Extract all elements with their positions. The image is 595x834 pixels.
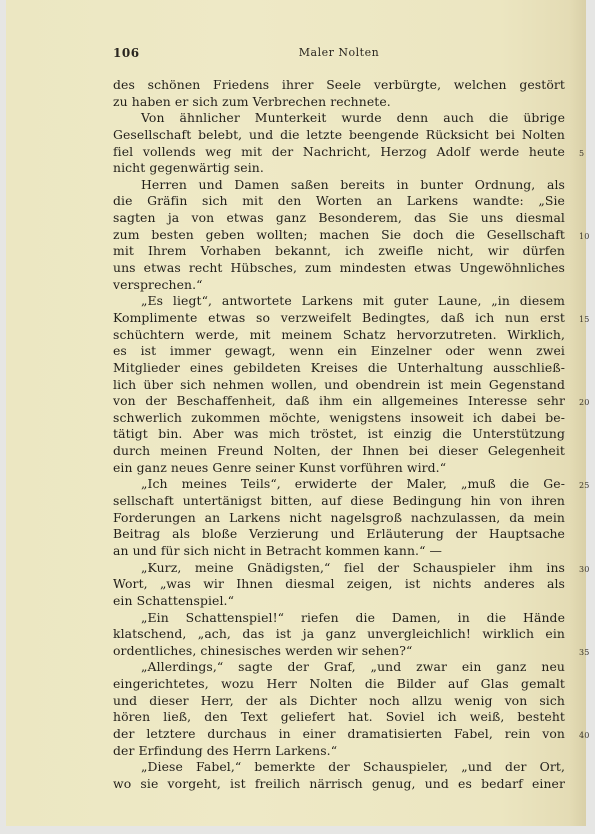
body-text: des schönen Friedens ihrer Seele verbürg…	[113, 77, 565, 793]
line-text: Herren und Damen saßen bereits in bunter…	[141, 177, 565, 194]
text-line: „Es liegt“, antwortete Larkens mit guter…	[113, 293, 565, 310]
line-text: tätigt bin. Aber was mich tröstet, ist e…	[113, 426, 565, 443]
line-text: ordentliches, chinesisches werden wir se…	[113, 643, 565, 660]
text-line: uns etwas recht Hübsches, zum mindesten …	[113, 260, 565, 277]
line-text: zum besten geben wollten; machen Sie doc…	[113, 227, 565, 244]
line-text: es ist immer gewagt, wenn ein Einzelner …	[113, 343, 565, 360]
text-line: „Kurz, meine Gnädigsten,“ fiel der Schau…	[113, 560, 565, 577]
book-page: 106 Maler Nolten des schönen Friedens ih…	[6, 0, 586, 826]
line-number: 20	[579, 395, 593, 412]
line-text: „Ich meines Teils“, erwiderte der Maler,…	[141, 476, 565, 493]
line-text: Gesellschaft belebt, und die letzte been…	[113, 127, 565, 144]
text-line: ein ganz neues Genre seiner Kunst vorfüh…	[113, 460, 565, 477]
line-number: 5	[579, 146, 593, 163]
text-line: zu haben er sich zum Verbrechen rechnete…	[113, 94, 565, 111]
text-line: die Gräfin sich mit den Worten an Larken…	[113, 193, 565, 210]
line-text: „Ein Schattenspiel!“ riefen die Damen, i…	[141, 610, 565, 627]
text-line: Von ähnlicher Munterkeit wurde denn auch…	[113, 110, 565, 127]
text-line: „Diese Fabel,“ bemerkte der Schauspieler…	[113, 759, 565, 776]
line-text: eingerichtetes, wozu Herr Nolten die Bil…	[113, 676, 565, 693]
line-text: „Diese Fabel,“ bemerkte der Schauspieler…	[141, 759, 565, 776]
text-line: des schönen Friedens ihrer Seele verbürg…	[113, 77, 565, 94]
line-text: „Kurz, meine Gnädigsten,“ fiel der Schau…	[141, 560, 565, 577]
text-line: Wort, „was wir Ihnen diesmal zeigen, ist…	[113, 576, 565, 593]
line-text: und dieser Herr, der als Dichter noch al…	[113, 693, 565, 710]
line-text: ein ganz neues Genre seiner Kunst vorfüh…	[113, 460, 565, 477]
text-line: Gesellschaft belebt, und die letzte been…	[113, 127, 565, 144]
line-text: von der Beschaffenheit, daß ihm ein allg…	[113, 393, 565, 410]
line-text: der Erfindung des Herrn Larkens.“	[113, 743, 565, 760]
line-text: der letztere durchaus in einer dramatisi…	[113, 726, 565, 743]
text-line: Forderungen an Larkens nicht nagelsgroß …	[113, 510, 565, 527]
line-text: Wort, „was wir Ihnen diesmal zeigen, ist…	[113, 576, 565, 593]
line-text: die Gräfin sich mit den Worten an Larken…	[113, 193, 565, 210]
line-number: 10	[579, 229, 593, 246]
line-text: Komplimente etwas so verzweifelt Bedingt…	[113, 310, 565, 327]
text-line: klatschend, „ach, das ist ja ganz unverg…	[113, 626, 565, 643]
line-number: 30	[579, 562, 593, 579]
line-number: 25	[579, 478, 593, 495]
line-text: sellschaft untertänigst bitten, auf dies…	[113, 493, 565, 510]
text-line: sagten ja von etwas ganz Besonderem, das…	[113, 210, 565, 227]
text-line: schwerlich zukommen möchte, wenigstens i…	[113, 410, 565, 427]
line-number: 15	[579, 312, 593, 329]
line-text: „Es liegt“, antwortete Larkens mit guter…	[141, 293, 565, 310]
text-line: und dieser Herr, der als Dichter noch al…	[113, 693, 565, 710]
text-line: von der Beschaffenheit, daß ihm ein allg…	[113, 393, 565, 410]
line-text: lich über sich nehmen wollen, und obendr…	[113, 377, 565, 394]
line-text: Forderungen an Larkens nicht nagelsgroß …	[113, 510, 565, 527]
text-line: zum besten geben wollten; machen Sie doc…	[113, 227, 565, 244]
text-line: ein Schattenspiel.“	[113, 593, 565, 610]
text-line: schüchtern werde, mit meinem Schatz herv…	[113, 327, 565, 344]
text-line: mit Ihrem Vorhaben bekannt, ich zweifle …	[113, 243, 565, 260]
line-text: schwerlich zukommen möchte, wenigstens i…	[113, 410, 565, 427]
line-text: an und für sich nicht in Betracht kommen…	[113, 543, 565, 560]
line-text: Beitrag als bloße Verzierung und Erläute…	[113, 526, 565, 543]
line-number: 40	[579, 728, 593, 745]
line-text: zu haben er sich zum Verbrechen rechnete…	[113, 94, 565, 111]
text-line: nicht gegenwärtig sein.	[113, 160, 565, 177]
line-text: versprechen.“	[113, 277, 565, 294]
text-line: Herren und Damen saßen bereits in bunter…	[113, 177, 565, 194]
text-line: fiel vollends weg mit der Nachricht, Her…	[113, 144, 565, 161]
text-line: an und für sich nicht in Betracht kommen…	[113, 543, 565, 560]
text-line: der letztere durchaus in einer dramatisi…	[113, 726, 565, 743]
line-text: Von ähnlicher Munterkeit wurde denn auch…	[141, 110, 565, 127]
text-line: „Ich meines Teils“, erwiderte der Maler,…	[113, 476, 565, 493]
text-line: ordentliches, chinesisches werden wir se…	[113, 643, 565, 660]
page-header: 106 Maler Nolten	[113, 46, 565, 64]
text-line: „Allerdings,“ sagte der Graf, „und zwar …	[113, 659, 565, 676]
text-line: hören ließ, den Text geliefert hat. Sovi…	[113, 709, 565, 726]
text-line: wo sie vorgeht, ist freilich närrisch ge…	[113, 776, 565, 793]
line-number: 35	[579, 645, 593, 662]
text-line: durch meinen Freund Nolten, der Ihnen be…	[113, 443, 565, 460]
line-text: schüchtern werde, mit meinem Schatz herv…	[113, 327, 565, 344]
line-text: mit Ihrem Vorhaben bekannt, ich zweifle …	[113, 243, 565, 260]
running-head: Maler Nolten	[113, 46, 565, 59]
line-text: des schönen Friedens ihrer Seele verbürg…	[113, 77, 565, 94]
text-line: lich über sich nehmen wollen, und obendr…	[113, 377, 565, 394]
line-text: uns etwas recht Hübsches, zum mindesten …	[113, 260, 565, 277]
text-line: sellschaft untertänigst bitten, auf dies…	[113, 493, 565, 510]
line-text: nicht gegenwärtig sein.	[113, 160, 565, 177]
text-line: eingerichtetes, wozu Herr Nolten die Bil…	[113, 676, 565, 693]
line-text: durch meinen Freund Nolten, der Ihnen be…	[113, 443, 565, 460]
text-line: Beitrag als bloße Verzierung und Erläute…	[113, 526, 565, 543]
line-text: fiel vollends weg mit der Nachricht, Her…	[113, 144, 565, 161]
text-line: „Ein Schattenspiel!“ riefen die Damen, i…	[113, 610, 565, 627]
line-text: wo sie vorgeht, ist freilich närrisch ge…	[113, 776, 565, 793]
text-line: der Erfindung des Herrn Larkens.“	[113, 743, 565, 760]
line-text: „Allerdings,“ sagte der Graf, „und zwar …	[141, 659, 565, 676]
text-line: Mitglieder eines gebildeten Kreises die …	[113, 360, 565, 377]
line-text: klatschend, „ach, das ist ja ganz unverg…	[113, 626, 565, 643]
line-text: Mitglieder eines gebildeten Kreises die …	[113, 360, 565, 377]
text-line: Komplimente etwas so verzweifelt Bedingt…	[113, 310, 565, 327]
text-line: tätigt bin. Aber was mich tröstet, ist e…	[113, 426, 565, 443]
text-line: es ist immer gewagt, wenn ein Einzelner …	[113, 343, 565, 360]
line-text: sagten ja von etwas ganz Besonderem, das…	[113, 210, 565, 227]
text-line: versprechen.“	[113, 277, 565, 294]
line-text: hören ließ, den Text geliefert hat. Sovi…	[113, 709, 565, 726]
line-text: ein Schattenspiel.“	[113, 593, 565, 610]
